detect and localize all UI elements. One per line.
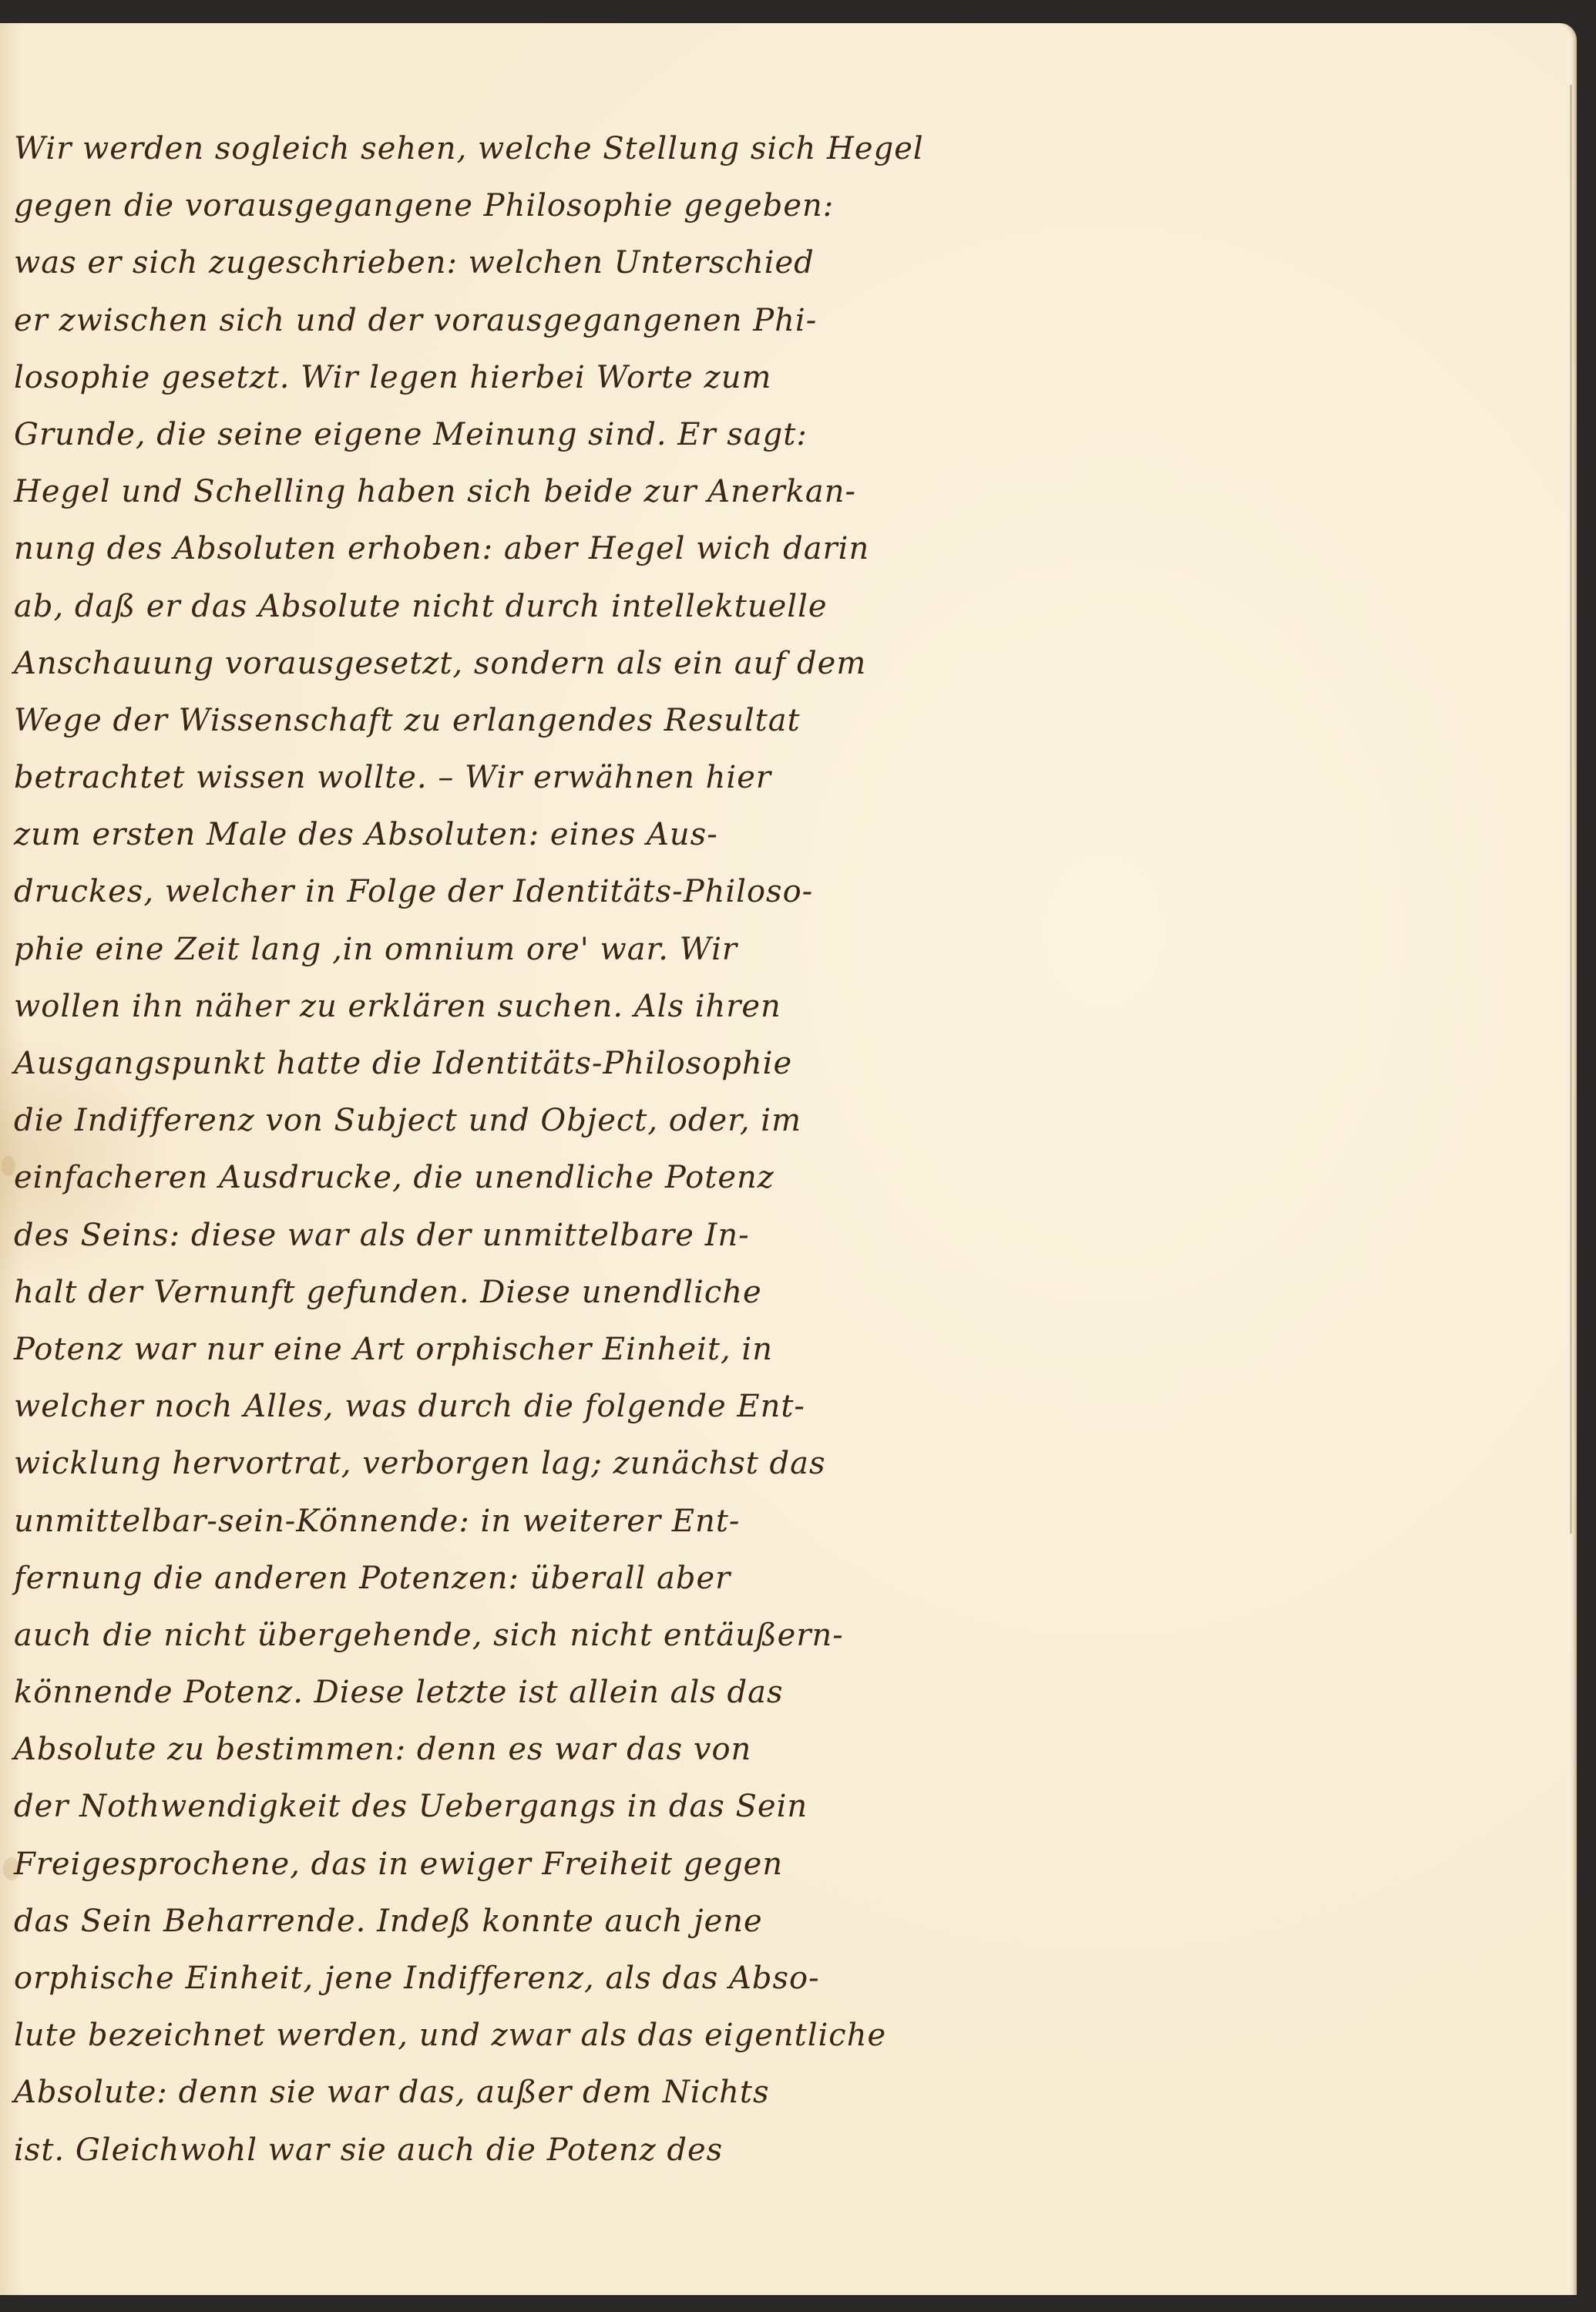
text-line: der Nothwendigkeit des Uebergangs in das… [14,1778,831,1835]
text-line: das Sein Beharrende. Indeß konnte auch j… [14,1893,831,1950]
text-line: fernung die anderen Potenzen: überall ab… [14,1550,831,1607]
text-line: Wege der Wissenschaft zu erlangendes Res… [14,692,831,749]
text-line: losophie gesetzt. Wir legen hierbei Wort… [14,349,831,406]
text-line: Freigesprochene, das in ewiger Freiheit … [14,1836,831,1893]
text-line: könnende Potenz. Diese letzte ist allein… [14,1664,831,1721]
text-line: auch die nicht übergehende, sich nicht e… [14,1607,831,1664]
text-line: druckes, welcher in Folge der Identitäts… [14,863,831,920]
text-line: betrachtet wissen wollte. – Wir erwähnen… [14,749,831,806]
page-edge [1570,85,1572,1534]
text-line: Hegel und Schelling haben sich beide zur… [14,463,831,520]
text-line: Ausgangspunkt hatte die Identitäts-Philo… [14,1035,831,1092]
text-line: unmittelbar-sein-Könnende: in weiterer E… [14,1493,831,1550]
text-line: die Indifferenz von Subject und Object, … [14,1092,831,1149]
text-line: wicklung hervortrat, verborgen lag; zunä… [14,1435,831,1492]
text-line: wollen ihn näher zu erklären suchen. Als… [14,978,831,1035]
text-line: halt der Vernunft gefunden. Diese unendl… [14,1264,831,1321]
text-line: lute bezeichnet werden, und zwar als das… [14,2007,831,2064]
text-line: nung des Absoluten erhoben: aber Hegel w… [14,520,831,577]
text-line: orphische Einheit, jene Indifferenz, als… [14,1950,831,2007]
text-line: ab, daß er das Absolute nicht durch inte… [14,578,831,635]
text-line: einfacheren Ausdrucke, die unendliche Po… [14,1149,831,1206]
text-line: Grunde, die seine eigene Meinung sind. E… [14,406,831,463]
manuscript-page: Wir werden sogleich sehen, welche Stellu… [0,23,1577,2295]
text-line: welcher noch Alles, was durch die folgen… [14,1378,831,1435]
text-line: zum ersten Male des Absoluten: eines Aus… [14,806,831,863]
text-line: Potenz war nur eine Art orphischer Einhe… [14,1321,831,1378]
text-line: gegen die vorausgegangene Philosophie ge… [14,177,831,234]
text-line: phie eine Zeit lang ‚in omnium ore' war.… [14,921,831,978]
text-line: Anschauung vorausgesetzt, sondern als ei… [14,635,831,692]
text-line: Wir werden sogleich sehen, welche Stellu… [14,120,831,177]
text-line: was er sich zugeschrieben: welchen Unter… [14,234,831,291]
manuscript-scan: Wir werden sogleich sehen, welche Stellu… [0,0,1596,2312]
handwritten-text: Wir werden sogleich sehen, welche Stellu… [14,120,831,2179]
text-line: er zwischen sich und der vorausgegangene… [14,292,831,349]
text-line: ist. Gleichwohl war sie auch die Potenz … [14,2122,831,2179]
text-line: des Seins: diese war als der unmittelbar… [14,1207,831,1264]
text-line: Absolute zu bestimmen: denn es war das v… [14,1721,831,1778]
text-line: Absolute: denn sie war das, außer dem Ni… [14,2064,831,2121]
